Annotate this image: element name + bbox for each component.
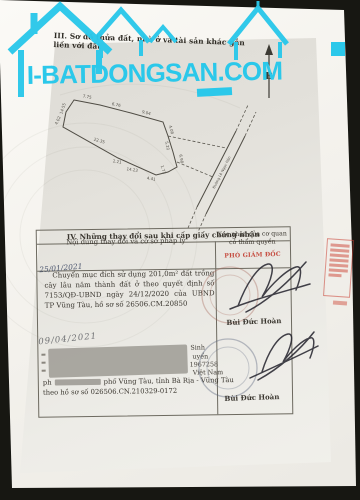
entry2-address-line: phphố Vũng Tàu, tỉnh Bà Rịa - Vũng Tàu — [43, 376, 234, 387]
ink-scrap — [42, 362, 46, 364]
col-header-confirm-line2: có thẩm quyền — [215, 238, 290, 247]
red-edge-stamp — [323, 238, 354, 298]
entry1-text: Chuyển mục đích sử dụng 201,0m² đất trồn… — [44, 269, 215, 311]
inline-redaction — [55, 379, 101, 386]
entry2-date: 09/04/2021 — [38, 331, 98, 347]
ink-scrap — [41, 354, 45, 356]
address-prefix: ph — [43, 379, 52, 387]
entry2-dossier-line: theo hồ sơ số 026506.CN.210329-0172 — [43, 387, 177, 397]
address-text: phố Vũng Tàu, tỉnh Bà Rịa - Vũng Tàu — [104, 376, 234, 386]
redaction-block — [48, 344, 188, 377]
col-header-confirm: Xác nhận của cơ quan có thẩm quyền — [215, 230, 290, 247]
entry2-fragment-sinh: Sinh — [190, 343, 205, 351]
entry2-fragment-uyen: uyển — [192, 352, 208, 360]
col-header-confirm-line1: Xác nhận của cơ quan — [215, 230, 290, 239]
ink-scrap — [42, 370, 46, 372]
photo-stage: III. Sơ đồ thửa đất, nhà ở và tài sản kh… — [0, 0, 360, 500]
section4-table: IV. Những thay đổi sau khi cấp giấy chứn… — [36, 226, 294, 418]
